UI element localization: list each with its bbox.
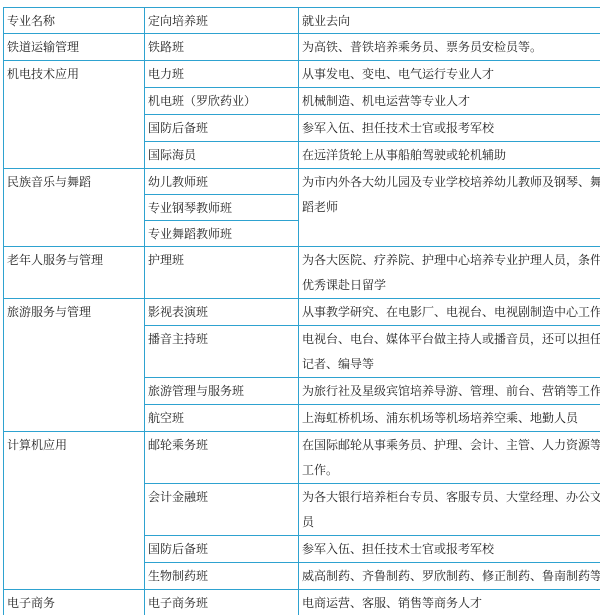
class-cell: 播音主持班 xyxy=(145,326,299,378)
class-cell: 专业钢琴教师班 xyxy=(145,195,299,221)
class-cell: 幼儿教师班 xyxy=(145,169,299,195)
class-cell: 国际海员 xyxy=(145,142,299,169)
table-row: 民族音乐与舞蹈 幼儿教师班 为市内外各大幼儿园及专业学校培养幼儿教师及钢琴、舞蹈… xyxy=(4,169,600,195)
class-cell: 专业舞蹈教师班 xyxy=(145,221,299,247)
career-cell: 从事发电、变电、电气运行专业人才 xyxy=(299,61,600,88)
major-cell: 老年人服务与管理 xyxy=(4,247,145,299)
class-cell: 旅游管理与服务班 xyxy=(145,378,299,405)
class-cell: 电力班 xyxy=(145,61,299,88)
major-cell: 计算机应用 xyxy=(4,432,145,590)
class-cell: 国防后备班 xyxy=(145,536,299,563)
career-cell: 为旅行社及星级宾馆培养导游、管理、前台、营销等工作 xyxy=(299,378,600,405)
major-cell: 民族音乐与舞蹈 xyxy=(4,169,145,247)
career-cell: 为各大银行培养柜台专员、客服专员、大堂经理、办公文员 xyxy=(299,484,600,536)
career-cell: 参军入伍、担任技术士官或报考军校 xyxy=(299,536,600,563)
table-row: 机电技术应用 电力班 从事发电、变电、电气运行专业人才 xyxy=(4,61,600,88)
career-cell: 从事教学研究、在电影厂、电视台、电视剧制造中心工作 xyxy=(299,299,600,326)
class-cell: 航空班 xyxy=(145,405,299,432)
table-row: 电子商务 电子商务班 电商运营、客服、销售等商务人才 xyxy=(4,590,600,615)
class-cell: 影视表演班 xyxy=(145,299,299,326)
major-cell: 铁道运输管理 xyxy=(4,34,145,61)
header-career: 就业去向 xyxy=(299,8,600,34)
career-cell: 为高铁、普铁培养乘务员、票务员安检员等。 xyxy=(299,34,600,61)
career-cell: 威高制药、齐鲁制药、罗欣制药、修正制药、鲁南制药等 xyxy=(299,563,600,590)
table-row: 计算机应用 邮轮乘务班 在国际邮轮从事乘务员、护理、会计、主管、人力资源等工作。 xyxy=(4,432,600,484)
class-cell: 电子商务班 xyxy=(145,590,299,615)
career-cell: 机械制造、机电运营等专业人才 xyxy=(299,88,600,115)
career-cell: 为各大医院、疗养院、护理中心培养专业护理人员，条件优秀课赴日留学 xyxy=(299,247,600,299)
career-cell: 参军入伍、担任技术士官或报考军校 xyxy=(299,115,600,142)
major-cell: 机电技术应用 xyxy=(4,61,145,169)
major-cell: 旅游服务与管理 xyxy=(4,299,145,432)
class-cell: 铁路班 xyxy=(145,34,299,61)
header-class: 定向培养班 xyxy=(145,8,299,34)
career-cell: 为市内外各大幼儿园及专业学校培养幼儿教师及钢琴、舞蹈老师 xyxy=(299,169,600,247)
career-cell: 电商运营、客服、销售等商务人才 xyxy=(299,590,600,615)
class-cell: 护理班 xyxy=(145,247,299,299)
class-cell: 邮轮乘务班 xyxy=(145,432,299,484)
class-cell: 国防后备班 xyxy=(145,115,299,142)
career-cell: 在国际邮轮从事乘务员、护理、会计、主管、人力资源等工作。 xyxy=(299,432,600,484)
class-cell: 会计金融班 xyxy=(145,484,299,536)
table-row: 老年人服务与管理 护理班 为各大医院、疗养院、护理中心培养专业护理人员，条件优秀… xyxy=(4,247,600,299)
table-row: 铁道运输管理 铁路班 为高铁、普铁培养乘务员、票务员安检员等。 xyxy=(4,34,600,61)
career-cell: 在远洋货轮上从事船舶驾驶或轮机辅助 xyxy=(299,142,600,169)
major-cell: 电子商务 xyxy=(4,590,145,615)
table-header-row: 专业名称 定向培养班 就业去向 xyxy=(4,8,600,34)
header-major: 专业名称 xyxy=(4,8,145,34)
career-cell: 上海虹桥机场、浦东机场等机场培养空乘、地勤人员 xyxy=(299,405,600,432)
table-row: 旅游服务与管理 影视表演班 从事教学研究、在电影厂、电视台、电视剧制造中心工作 xyxy=(4,299,600,326)
major-career-table: 专业名称 定向培养班 就业去向 铁道运输管理 铁路班 为高铁、普铁培养乘务员、票… xyxy=(3,7,600,615)
career-cell: 电视台、电台、媒体平台做主持人或播音员，还可以担任记者、编导等 xyxy=(299,326,600,378)
class-cell: 机电班（罗欣药业） xyxy=(145,88,299,115)
class-cell: 生物制药班 xyxy=(145,563,299,590)
